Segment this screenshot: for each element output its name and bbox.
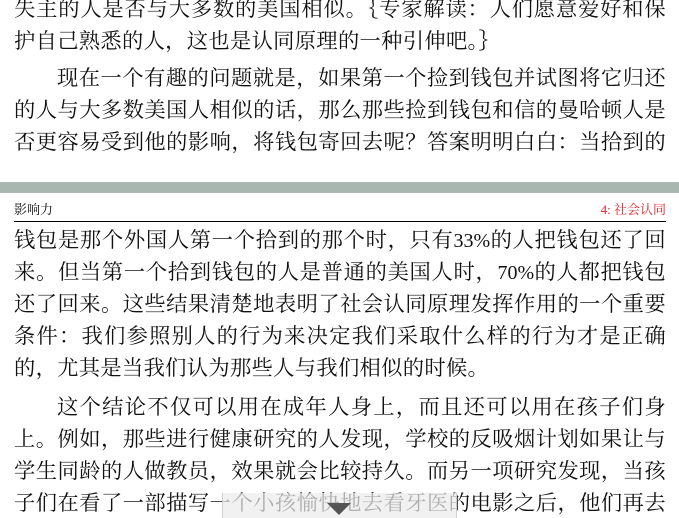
text-line: 上。例如，那些进行健康研究的人发现，学校的反吸烟计划如果让与 [14,424,666,456]
text-line: 这个结论不仅可以用在成年人身上，而且还可以用在孩子们身 [14,392,666,424]
text-segment: 的人把钱包还了回 [490,228,666,253]
text-line: 的，尤其是当我们认为那些人与我们相似的时候。 [14,353,666,385]
page-separator [0,182,679,193]
text-line: 来。但当第一个拾到钱包的人是普通的美国人时，70%的人都把钱包 [14,257,666,289]
text-line: 失主的人是否与大多数的美国相似。｛专家解读：人们愿意爱好和保 [14,0,666,26]
text-line: 现在一个有趣的问题就是，如果第一个捡到钱包并试图将它归还 [14,63,666,95]
text-line: 的人与大多数美国人相似的话，那么那些捡到钱包和信的曼哈顿人是 [14,95,666,127]
text-segment: 钱包是那个外国人第一个拾到的那个时，只有 [14,228,454,253]
chapter-title: 4: 社会认同 [601,199,666,218]
text-line: 否更容易受到他的影响，将钱包寄回去呢？答案明明白白：当拾到的 [14,127,666,159]
scroll-down-button[interactable] [222,493,457,518]
page-top: 失主的人是否与大多数的美国相似。｛专家解读：人们愿意爱好和保 护自己熟悉的人，这… [0,0,679,182]
percentage: 70% [497,262,534,284]
running-header: 影响力 4: 社会认同 [14,200,666,222]
text-segment: 的人都把钱包 [534,260,666,285]
book-title: 影响力 [14,199,53,218]
text-segment: 来。但当第一个拾到钱包的人是普通的美国人时， [14,260,497,285]
text-line: 钱包是那个外国人第一个拾到的那个时，只有33%的人把钱包还了回 [14,225,666,257]
text-line: 条件：我们参照别人的行为来决定我们采取什么样的行为才是正确 [14,321,666,353]
text-line: 还了回来。这些结果清楚地表明了社会认同原理发挥作用的一个重要 [14,289,666,321]
text-line: 护自己熟悉的人，这也是认同原理的一种引伸吧。｝ [14,26,666,58]
percentage: 33% [454,230,491,252]
text-line: 学生同龄的人做教员，效果就会比较持久。而另一项研究发现，当孩 [14,456,666,488]
chevron-down-icon [327,503,351,515]
